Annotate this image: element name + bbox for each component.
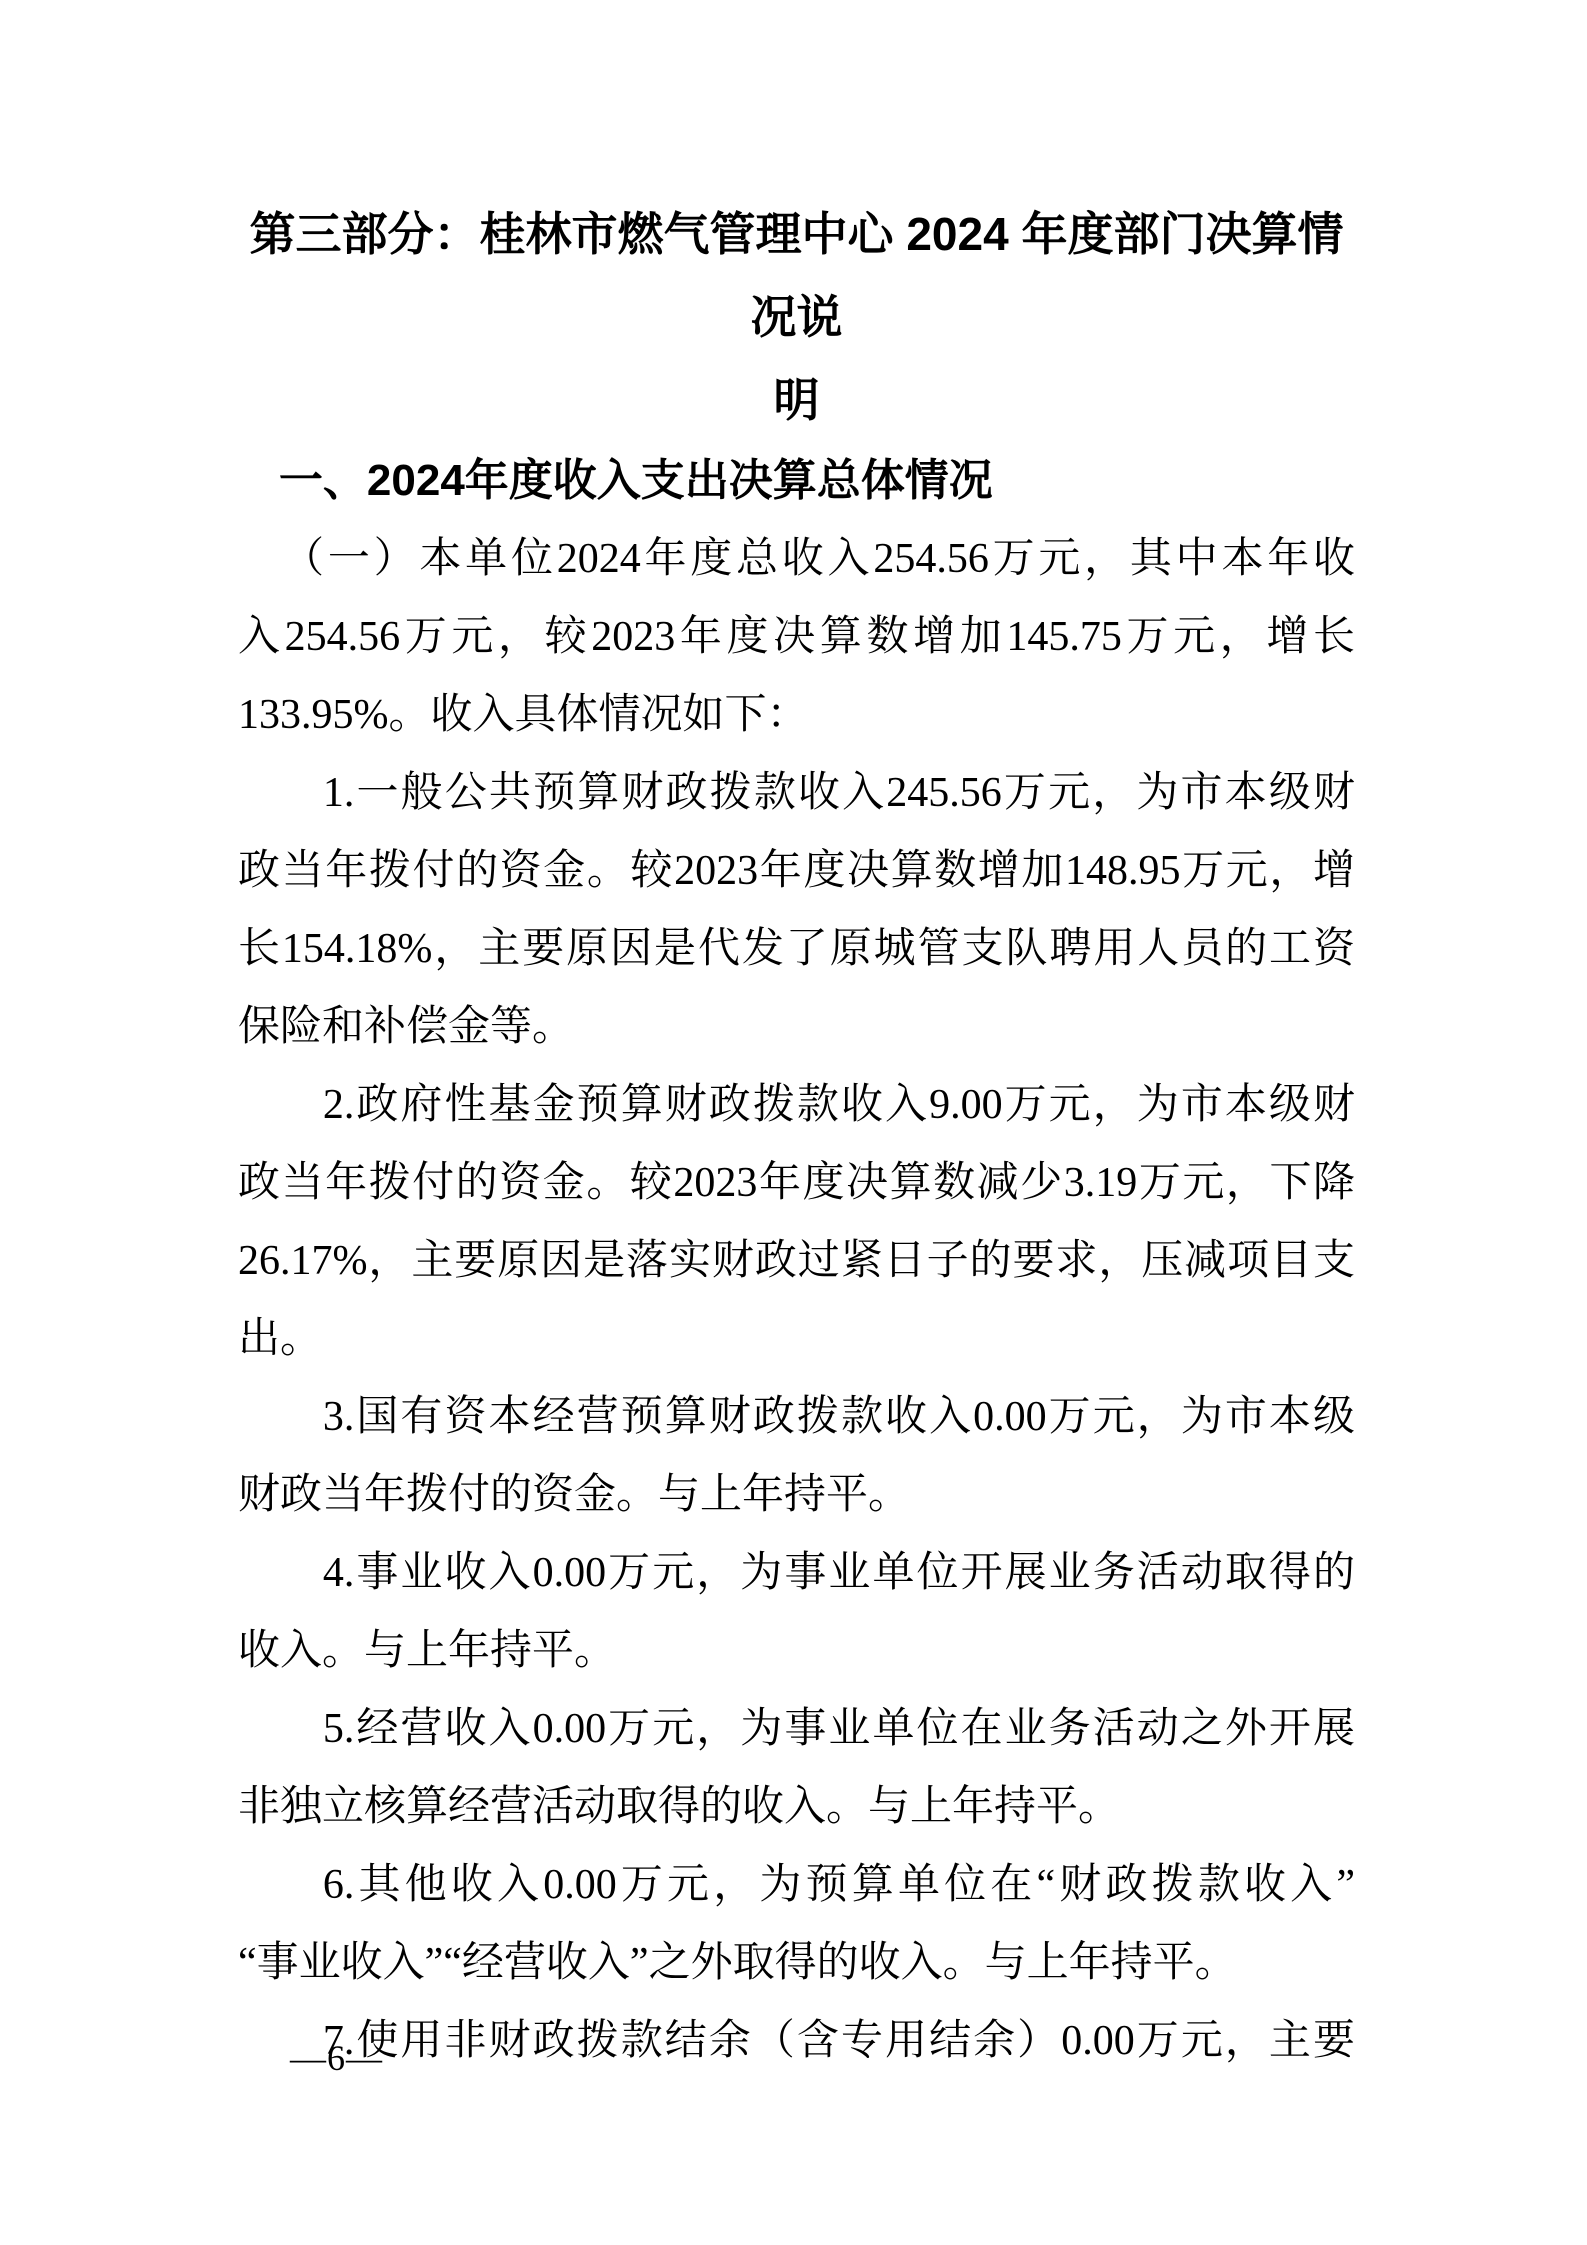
body-line: 出。 — [238, 1300, 1355, 1378]
doc-title-line-2: 明 — [238, 359, 1355, 442]
body-line: 3.国有资本经营预算财政拨款收入0.00万元，为市本级 — [238, 1378, 1355, 1456]
body-line: 政当年拨付的资金。较2023年度决算数减少3.19万元，下降 — [238, 1144, 1355, 1222]
section-heading: 一、2024年度收入支出决算总体情况 — [238, 442, 1355, 520]
page-number: —6— — [290, 2038, 383, 2078]
body-line: 收入。与上年持平。 — [238, 1612, 1355, 1690]
body-line: 7.使用非财政拨款结余（含专用结余）0.00万元，主要 — [238, 2002, 1355, 2080]
body-line: 4.事业收入0.00万元，为事业单位开展业务活动取得的 — [238, 1534, 1355, 1612]
body-line: 财政当年拨付的资金。与上年持平。 — [238, 1456, 1355, 1534]
body-line: 入254.56万元，较2023年度决算数增加145.75万元，增长 — [238, 598, 1355, 676]
body-line: 5.经营收入0.00万元，为事业单位在业务活动之外开展 — [238, 1690, 1355, 1768]
body-line: 6.其他收入0.00万元，为预算单位在“财政拨款收入” — [238, 1846, 1355, 1924]
body-line: 2.政府性基金预算财政拨款收入9.00万元，为市本级财 — [238, 1066, 1355, 1144]
body-line: 26.17%，主要原因是落实财政过紧日子的要求，压减项目支 — [238, 1222, 1355, 1300]
document-title: 第三部分：桂林市燃气管理中心 2024 年度部门决算情况说 明 — [238, 193, 1355, 442]
doc-title-line-1: 第三部分：桂林市燃气管理中心 2024 年度部门决算情况说 — [238, 193, 1355, 359]
body-line: 133.95%。收入具体情况如下： — [238, 676, 1355, 754]
body-line: 非独立核算经营活动取得的收入。与上年持平。 — [238, 1768, 1355, 1846]
body-line: 政当年拨付的资金。较2023年度决算数增加148.95万元，增 — [238, 832, 1355, 910]
document-body: （一）本单位2024年度总收入254.56万元，其中本年收 入254.56万元，… — [238, 520, 1355, 2080]
body-line: （一）本单位2024年度总收入254.56万元，其中本年收 — [238, 520, 1355, 598]
body-line: 1.一般公共预算财政拨款收入245.56万元，为市本级财 — [238, 754, 1355, 832]
body-line: 长154.18%，主要原因是代发了原城管支队聘用人员的工资 — [238, 910, 1355, 988]
document-page: 第三部分：桂林市燃气管理中心 2024 年度部门决算情况说 明 一、2024年度… — [0, 0, 1587, 2245]
body-line: 保险和补偿金等。 — [238, 988, 1355, 1066]
body-line: “事业收入”“经营收入”之外取得的收入。与上年持平。 — [238, 1924, 1355, 2002]
